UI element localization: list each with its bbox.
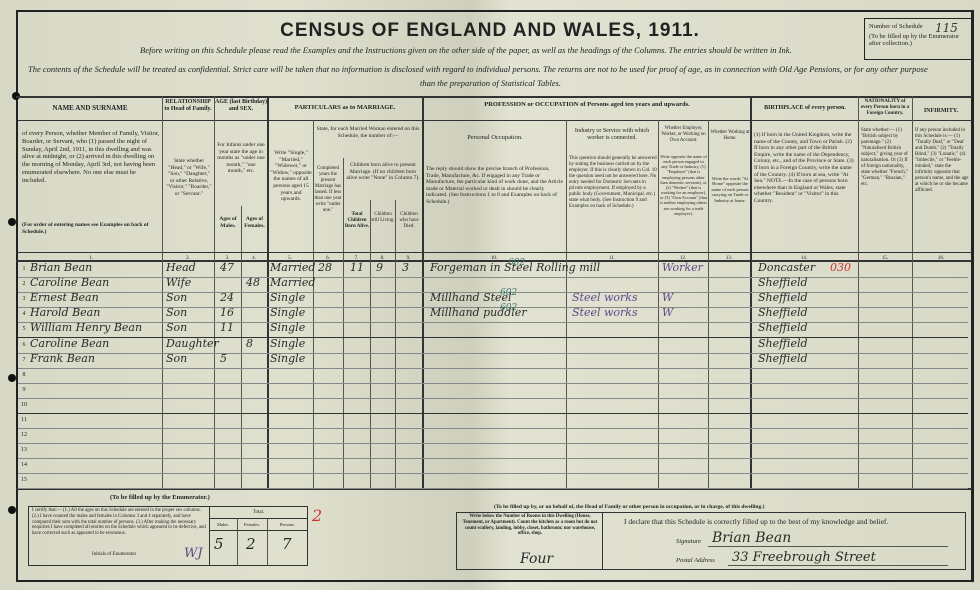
header-profession: PROFESSION or OCCUPATION of Persons aged… [424, 101, 750, 108]
initials-label: Initials of Enumerator [92, 552, 136, 558]
birthplace-cell: Sheffield [758, 276, 808, 289]
marriage-status-cell: Single [270, 337, 305, 350]
row-number: 1 [18, 266, 30, 272]
marriage-status-cell: Single [270, 306, 305, 319]
header-personal-occupation-desc: The reply should show the precise branch… [426, 166, 564, 206]
relationship-cell: Son [166, 306, 187, 319]
marriage-status-cell: Married [270, 276, 315, 289]
row-number: 6 [18, 342, 30, 348]
table-row: 8 [18, 368, 968, 384]
total-persons: 7 [282, 535, 292, 553]
table-row: 10 [18, 398, 968, 414]
marriage-status-cell: Single [270, 291, 305, 304]
age-male-cell: 11 [220, 321, 234, 334]
males-label: Males. [209, 522, 237, 527]
row-number: 15 [18, 477, 30, 483]
header-name-desc: of every Person, whether Member of Famil… [22, 130, 160, 185]
header-nationality-desc: State whether:— (1) "British subject by … [861, 128, 911, 188]
row-number: 14 [18, 462, 30, 468]
table-row: 6Caroline BeanDaughter8SingleSheffield [18, 338, 968, 354]
header-relationship: RELATIONSHIP to Head of Family. [163, 99, 213, 113]
relationship-cell: Son [166, 352, 187, 365]
age-female-cell: 48 [246, 276, 260, 289]
header-total-children: Total Children Born Alive. [344, 212, 370, 230]
persons-label: Persons. [267, 522, 308, 527]
marriage-status-cell: Single [270, 352, 305, 365]
table-row: 14 [18, 458, 968, 474]
declaration: I declare that this Schedule is correctl… [624, 517, 888, 526]
table-row: 11 [18, 413, 968, 429]
name-cell: Caroline Bean [30, 337, 109, 350]
age-male-cell: 16 [220, 306, 234, 319]
relationship-cell: Son [166, 291, 187, 304]
column-number: 13. [708, 256, 750, 261]
schedule-note: (To be filled up by the Enumerator after… [869, 33, 967, 47]
row-number: 10 [18, 402, 30, 408]
table-top-rule [16, 96, 972, 98]
name-cell: William Henry Bean [30, 321, 142, 334]
employer-status-cell: W [662, 291, 673, 304]
header-birthplace-desc: (1) If born in the United Kingdom, write… [754, 132, 856, 205]
header-marriage-desc: Write "Single," "Married," "Widower," or… [270, 150, 312, 203]
table-row: 13 [18, 443, 968, 459]
header-employer: Whether Employer, Worker, or Working on … [660, 126, 707, 143]
enumerator-heading: (To be filled up by the Enumerator.) [110, 494, 210, 501]
table-row: 7Frank BeanSon5SingleSheffield [18, 353, 968, 369]
column-number: 15. [858, 256, 912, 261]
signature: Brian Bean [712, 530, 791, 546]
relationship-cell: Head [166, 261, 196, 274]
schedule-number: 115 [935, 21, 958, 35]
birthplace-cell: Sheffield [758, 291, 808, 304]
row-number: 7 [18, 357, 30, 363]
header-personal-occupation: Personal Occupation. [424, 134, 566, 142]
header-age-males: Ages of Males. [215, 216, 241, 229]
row-number: 9 [18, 387, 30, 393]
name-cell: Frank Bean [30, 352, 95, 365]
enumerator-certify: I certify that:— (1.) All the ages on th… [32, 508, 206, 537]
header-infirmity: INFIRMITY. [913, 108, 969, 115]
row-number: 5 [18, 326, 30, 332]
column-number: 4. [241, 256, 267, 261]
header-marriage: PARTICULARS as to MARRIAGE. [268, 104, 422, 111]
header-name-note: (For order of entering names see Example… [22, 222, 160, 235]
table-row: 15 [18, 473, 968, 489]
header-name: NAME AND SURNAME [20, 104, 160, 112]
total-females: 2 [246, 535, 256, 553]
total-label: Total. [209, 510, 308, 516]
relationship-cell: Daughter [166, 337, 219, 350]
age-male-cell: 47 [220, 261, 234, 274]
birthplace-cell: Doncaster [758, 261, 815, 274]
colnum-top-rule [16, 252, 972, 253]
household-heading: (To be filled up by, or on behalf of, th… [494, 504, 764, 510]
years-married-cell: 28 [318, 261, 332, 274]
age-male-cell: 24 [220, 291, 234, 304]
row-number: 4 [18, 311, 30, 317]
occupation-code: 602 [500, 303, 517, 313]
signature-label: Signature [676, 538, 701, 546]
name-cell: Caroline Bean [30, 276, 109, 289]
punch-hole [8, 374, 16, 382]
header-infirmity-desc: If any person included in this Schedule … [915, 128, 969, 194]
birthplace-code-cell: 030 [830, 261, 851, 274]
rooms-instruction: Write below the Number of Rooms in this … [460, 514, 600, 537]
occupation-code: 602 [500, 288, 517, 298]
header-age-females: Ages of Females. [242, 216, 267, 229]
row-number: 11 [18, 417, 30, 423]
industry-cell: Steel works [572, 306, 638, 319]
header-at-home-desc: Write the words "At Home" opposite the n… [710, 176, 750, 203]
industry-cell: Steel works [572, 291, 638, 304]
header-children-living: Children still Living. [371, 212, 395, 224]
header-industry-desc: This question should generally be answer… [569, 156, 657, 210]
punch-hole [8, 218, 16, 226]
age-female-cell: 8 [246, 337, 253, 350]
row-number: 12 [18, 432, 30, 438]
table-row: 4Harold BeanSon16SingleMillhand puddlerS… [18, 307, 968, 323]
schedule-number-box: Number of Schedule 115 (To be filled up … [864, 18, 972, 60]
enumerator-initials: WJ [184, 546, 203, 561]
confidential-line: The contents of the Schedule will be tre… [28, 64, 963, 74]
row-number: 3 [18, 296, 30, 302]
birthplace-cell: Sheffield [758, 337, 808, 350]
name-cell: Ernest Bean [30, 291, 99, 304]
punch-hole [8, 506, 16, 514]
column-number: 16. [912, 256, 970, 261]
employer-status-cell: Worker [662, 261, 703, 274]
table-row: 5William Henry BeanSon11SingleSheffield [18, 322, 968, 338]
employer-status-cell: W [662, 306, 673, 319]
page-title: CENSUS OF ENGLAND AND WALES, 1911. [0, 20, 980, 42]
row-number: 13 [18, 447, 30, 453]
header-employer-desc: Write opposite the name of each person e… [660, 154, 707, 216]
table-row: 9 [18, 383, 968, 399]
children-total-cell: 11 [350, 261, 364, 274]
address-label: Postal Address [676, 557, 715, 565]
table-row: 1Brian BeanHead47Married281193Forgeman i… [18, 262, 968, 278]
age-male-cell: 5 [220, 352, 227, 365]
header-rule [16, 120, 972, 121]
header-birthplace: BIRTHPLACE of every person. [752, 105, 858, 112]
relationship-cell: Son [166, 321, 187, 334]
header-children-born: Children born alive to present Marriage.… [345, 162, 421, 182]
row-number: 2 [18, 281, 30, 287]
header-married-woman: State, for each Married Woman entered on… [316, 126, 420, 139]
name-cell: Brian Bean [30, 261, 92, 274]
table-row: 12 [18, 428, 968, 444]
relationship-cell: Wife [166, 276, 191, 289]
row-number: 8 [18, 372, 30, 378]
red-mark: 2 [312, 506, 322, 525]
header-at-home: Whether Working at Home. [710, 130, 750, 142]
children-died-cell: 3 [402, 261, 409, 274]
birthplace-cell: Sheffield [758, 352, 808, 365]
total-males: 5 [214, 535, 224, 553]
instruction-line: Before writing on this Schedule please r… [140, 45, 792, 55]
schedule-number-label: Number of Schedule [869, 23, 923, 30]
rooms-count: Four [520, 551, 553, 567]
marriage-status-cell: Married [270, 261, 315, 274]
females-label: Females. [237, 522, 267, 527]
header-age: AGE (last Birthday) and SEX. [215, 99, 267, 113]
birthplace-cell: Sheffield [758, 321, 808, 334]
header-age-desc: For Infants under one year state the age… [217, 142, 265, 175]
confidential-line-2: than the preparation of Statistical Tabl… [420, 78, 561, 88]
name-cell: Harold Bean [30, 306, 100, 319]
header-children-died: Children who have Died. [396, 212, 422, 230]
header-industry: Industry or Service with which worker is… [568, 128, 656, 142]
header-relationship-desc: State whether "Head," or "Wife," "Son," … [166, 158, 212, 198]
header-completed-years: Completed years the present Marriage has… [314, 166, 342, 214]
postal-address: 33 Freebrough Street [732, 550, 876, 565]
children-living-cell: 9 [376, 261, 383, 274]
marriage-status-cell: Single [270, 321, 305, 334]
occupation-code: 602 [508, 258, 525, 268]
header-nationality: NATIONALITY of every Person born in a Fo… [859, 99, 911, 116]
birthplace-cell: Sheffield [758, 306, 808, 319]
